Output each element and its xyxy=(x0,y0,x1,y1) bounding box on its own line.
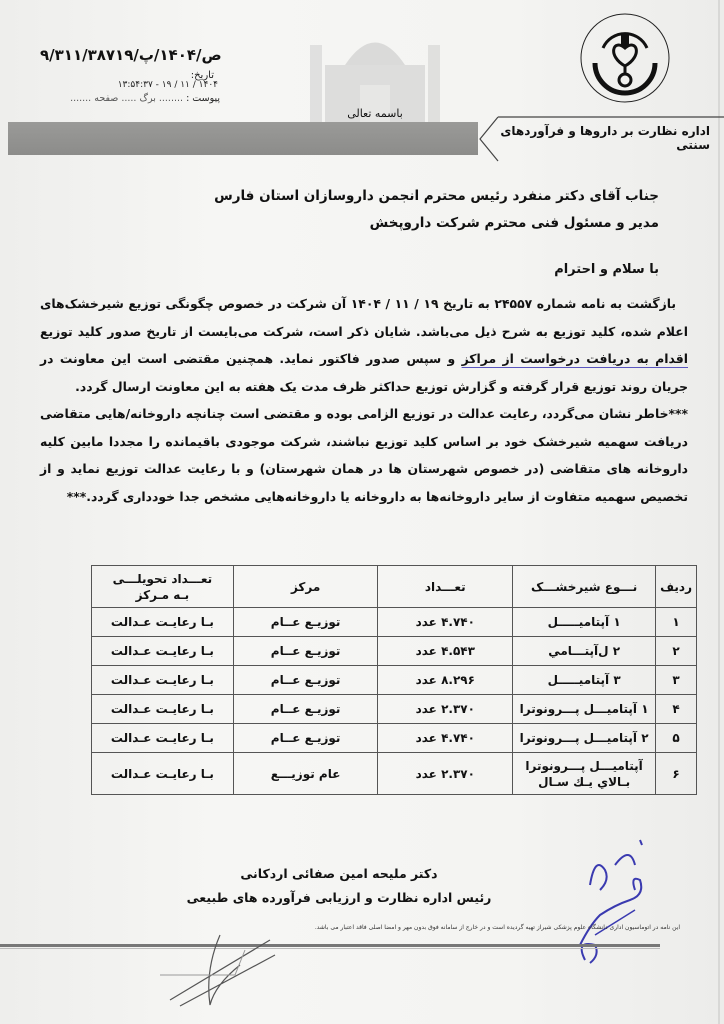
paragraph-1: بازگشت به نامه شماره ۲۴۵۵۷ به تاریخ ۱۹ /… xyxy=(40,290,688,400)
distribution-table: ردیف نـــوع شیرخشـــک تعـــداد مرکز تعــ… xyxy=(91,565,697,795)
row-delivery: بـا رعایـت عـدالت xyxy=(92,724,234,753)
row-index: ۵ xyxy=(656,724,697,753)
header-band xyxy=(8,122,478,155)
row-type: ۱ آپتامیـــل پـــرونوترا xyxy=(513,695,656,724)
table-header-row: ردیف نـــوع شیرخشـــک تعـــداد مرکز تعــ… xyxy=(92,566,697,608)
row-quantity: ۸.۲۹۶ عدد xyxy=(378,666,513,695)
row-type: ۱ آپتامیـــــل xyxy=(513,608,656,637)
header-type: نـــوع شیرخشـــک xyxy=(513,566,656,608)
department-title: اداره نظارت بر داروها و فرآوردهای سنتی xyxy=(485,124,710,152)
signer-title: رئیس اداره نظارت و ارزیابی فرآورده های ط… xyxy=(159,886,519,910)
row-type: ۲ آپتامیـــل پـــرونوترا xyxy=(513,724,656,753)
row-quantity: ۲.۳۷۰ عدد xyxy=(378,753,513,795)
footer-rule-thin xyxy=(0,948,660,949)
letter-body: بازگشت به نامه شماره ۲۴۵۵۷ به تاریخ ۱۹ /… xyxy=(40,290,688,510)
header-delivery: تعـــداد تحویلـــی بـه مـرکز xyxy=(92,566,234,608)
paraph-signature-icon xyxy=(160,930,280,1010)
signer-name: دکتر ملیحه امین صفائی اردکانی xyxy=(159,862,519,886)
header-index: ردیف xyxy=(656,566,697,608)
row-delivery: بـا رعایـت عـدالت xyxy=(92,695,234,724)
paragraph-2: ***خاطر نشان می‌گردد، رعایت عدالت در توز… xyxy=(40,400,688,510)
row-center: توزیـع عــام xyxy=(233,695,378,724)
row-index: ۴ xyxy=(656,695,697,724)
table-row: ۳ ۳ آپتامیـــــل ۸.۲۹۶ عدد توزیـع عــام … xyxy=(92,666,697,695)
row-quantity: ۴.۷۴۰ عدد xyxy=(378,724,513,753)
footer-rule xyxy=(0,944,660,947)
row-delivery: بـا رعایـت عـدالت xyxy=(92,666,234,695)
university-emblem-icon xyxy=(575,8,675,108)
attachment-value: ........ برگ ..... صفحه ....... xyxy=(70,93,183,104)
bismillah: باسمه تعالی xyxy=(330,107,420,120)
row-quantity: ۴.۵۴۳ عدد xyxy=(378,637,513,666)
row-type: ۲ ل‌آپتـــامي xyxy=(513,637,656,666)
row-index: ۳ xyxy=(656,666,697,695)
attachment-line: پیوست : ........ برگ ..... صفحه ....... xyxy=(30,93,220,104)
table-row: ۴ ۱ آپتامیـــل پـــرونوترا ۲.۳۷۰ عدد توز… xyxy=(92,695,697,724)
footer-disclaimer: این نامه در اتوماسیون اداری دانشگاه علوم… xyxy=(280,924,680,931)
table-row: ۲ ۲ ل‌آپتـــامي ۴.۵۴۳ عدد توزیـع عــام ب… xyxy=(92,637,697,666)
row-delivery: بـا رعایـت عـدالت xyxy=(92,753,234,795)
row-center: توزیـع عــام xyxy=(233,666,378,695)
salutation: با سلام و احترام xyxy=(359,262,659,277)
row-delivery: بـا رعایـت عـدالت xyxy=(92,608,234,637)
attachment-label: پیوست : xyxy=(186,93,220,104)
row-delivery: بـا رعایـت عـدالت xyxy=(92,637,234,666)
table-row: ۱ ۱ آپتامیـــــل ۴.۷۴۰ عدد توزیـع عــام … xyxy=(92,608,697,637)
row-index: ۶ xyxy=(656,753,697,795)
row-quantity: ۲.۳۷۰ عدد xyxy=(378,695,513,724)
addressee-line-2: مدیر و مسئول فنی محترم شرکت داروپخش xyxy=(99,210,659,237)
header-center: مرکز xyxy=(233,566,378,608)
row-index: ۲ xyxy=(656,637,697,666)
header-quantity: تعـــداد xyxy=(378,566,513,608)
underlined-phrase: اقدام به دریافت درخواست از مراکز xyxy=(462,351,688,366)
row-type: آپتامیـــل پـــرونوترا بـالاي یـك سـال xyxy=(513,753,656,795)
row-center: عام توزیـــع xyxy=(233,753,378,795)
row-index: ۱ xyxy=(656,608,697,637)
addressee-block: جناب آقای دکتر منفرد رئیس محترم انجمن دا… xyxy=(99,183,659,237)
addressee-line-1: جناب آقای دکتر منفرد رئیس محترم انجمن دا… xyxy=(99,183,659,210)
table-row: ۵ ۲ آپتامیـــل پـــرونوترا ۴.۷۴۰ عدد توز… xyxy=(92,724,697,753)
row-center: توزیـع عــام xyxy=(233,724,378,753)
date-value: ۱۴۰۴ / ۱۱ / ۱۹ - ۱۳:۵۴:۳۷ xyxy=(78,80,218,90)
handwritten-note-icon xyxy=(560,815,670,965)
table-row: ۶ آپتامیـــل پـــرونوترا بـالاي یـك سـال… xyxy=(92,753,697,795)
signature-block: دکتر ملیحه امین صفائی اردکانی رئیس اداره… xyxy=(159,862,519,910)
row-center: توزیـع عــام xyxy=(233,637,378,666)
row-center: توزیـع عــام xyxy=(233,608,378,637)
row-quantity: ۴.۷۴۰ عدد xyxy=(378,608,513,637)
letter-number: ص/۱۴۰۴/پ/۹/۳۱۱/۳۸۷۱۹ xyxy=(40,46,260,64)
row-type: ۳ آپتامیـــــل xyxy=(513,666,656,695)
letter-page: ص/۱۴۰۴/پ/۹/۳۱۱/۳۸۷۱۹ تاریخ: ۱۴۰۴ / ۱۱ / … xyxy=(0,0,724,1024)
